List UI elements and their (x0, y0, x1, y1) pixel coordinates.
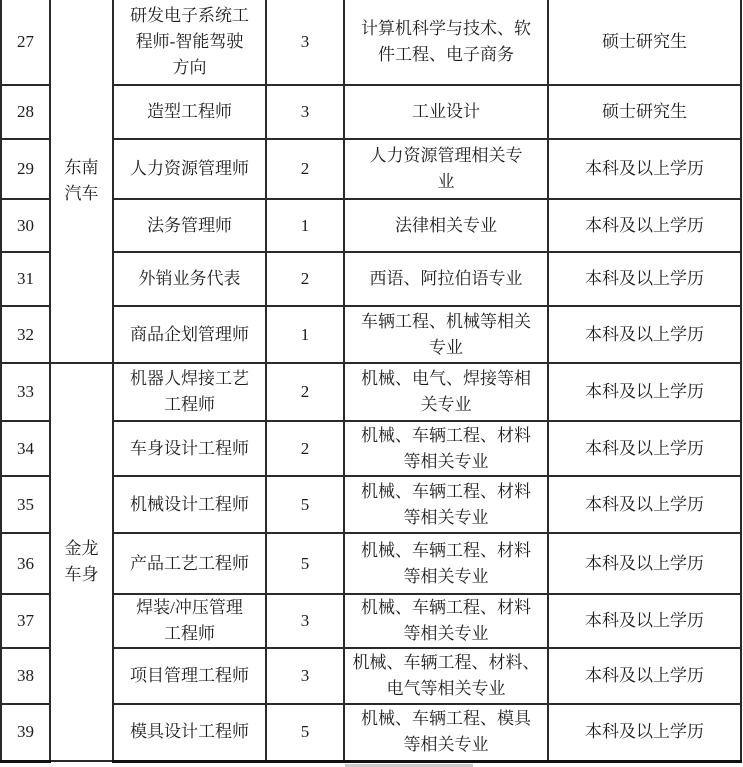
job-listings-table: 27 东南 汽车 研发电子系统工 程师-智能驾驶 方向 3 计算机科学与技术、软… (0, 0, 742, 763)
job-title-cell: 模具设计工程师 (113, 704, 266, 761)
headcount-cell: 3 (266, 594, 344, 648)
headcount-cell: 1 (266, 199, 344, 252)
headcount-cell: 3 (266, 648, 344, 704)
job-title-cell: 机械设计工程师 (113, 476, 266, 533)
company-cell: 东南 汽车 (50, 0, 113, 363)
row-number-cell: 31 (1, 252, 50, 306)
education-cell: 硕士研究生 (548, 0, 741, 85)
row-number-cell: 29 (1, 139, 50, 199)
education-cell: 本科及以上学历 (548, 594, 741, 648)
headcount-cell: 3 (266, 0, 344, 85)
headcount-cell: 2 (266, 252, 344, 306)
headcount-cell: 1 (266, 306, 344, 363)
education-cell: 本科及以上学历 (548, 421, 741, 476)
job-title-cell: 机器人焊接工艺 工程师 (113, 363, 266, 421)
row-number-cell: 35 (1, 476, 50, 533)
row-number-cell: 27 (1, 0, 50, 85)
education-cell: 本科及以上学历 (548, 199, 741, 252)
job-title-cell: 法务管理师 (113, 199, 266, 252)
major-cell: 法律相关专业 (344, 199, 548, 252)
education-cell: 本科及以上学历 (548, 306, 741, 363)
education-cell: 本科及以上学历 (548, 363, 741, 421)
education-cell: 本科及以上学历 (548, 476, 741, 533)
job-title-cell: 焊装/冲压管理 工程师 (113, 594, 266, 648)
major-cell: 工业设计 (344, 85, 548, 139)
major-cell: 人力资源管理相关专 业 (344, 139, 548, 199)
row-number-cell: 39 (1, 704, 50, 761)
major-cell: 机械、车辆工程、材料 等相关专业 (344, 594, 548, 648)
major-cell: 车辆工程、机械等相关 专业 (344, 306, 548, 363)
table-row: 27 东南 汽车 研发电子系统工 程师-智能驾驶 方向 3 计算机科学与技术、软… (1, 0, 741, 85)
job-title-cell: 研发电子系统工 程师-智能驾驶 方向 (113, 0, 266, 85)
job-title-cell: 项目管理工程师 (113, 648, 266, 704)
major-cell: 机械、车辆工程、材料 等相关专业 (344, 533, 548, 594)
headcount-cell: 5 (266, 704, 344, 761)
job-title-cell: 造型工程师 (113, 85, 266, 139)
document-page: 27 东南 汽车 研发电子系统工 程师-智能驾驶 方向 3 计算机科学与技术、软… (0, 0, 743, 767)
major-cell: 机械、车辆工程、模具 等相关专业 (344, 704, 548, 761)
education-cell: 本科及以上学历 (548, 648, 741, 704)
education-cell: 本科及以上学历 (548, 139, 741, 199)
row-number-cell: 30 (1, 199, 50, 252)
row-number-cell: 33 (1, 363, 50, 421)
row-number-cell: 32 (1, 306, 50, 363)
job-title-cell: 产品工艺工程师 (113, 533, 266, 594)
headcount-cell: 5 (266, 533, 344, 594)
row-number-cell: 37 (1, 594, 50, 648)
headcount-cell: 2 (266, 139, 344, 199)
table-row: 33 金龙 车身 机器人焊接工艺 工程师 2 机械、电气、焊接等相 关专业 本科… (1, 363, 741, 421)
major-cell: 机械、车辆工程、材料、 电气等相关专业 (344, 648, 548, 704)
major-cell: 西语、阿拉伯语专业 (344, 252, 548, 306)
headcount-cell: 3 (266, 85, 344, 139)
job-title-cell: 外销业务代表 (113, 252, 266, 306)
job-title-cell: 商品企划管理师 (113, 306, 266, 363)
education-cell: 硕士研究生 (548, 85, 741, 139)
row-number-cell: 34 (1, 421, 50, 476)
education-cell: 本科及以上学历 (548, 533, 741, 594)
job-title-cell: 人力资源管理师 (113, 139, 266, 199)
major-cell: 计算机科学与技术、软 件工程、电子商务 (344, 0, 548, 85)
headcount-cell: 5 (266, 476, 344, 533)
row-number-cell: 28 (1, 85, 50, 139)
headcount-cell: 2 (266, 421, 344, 476)
company-cell: 金龙 车身 (50, 363, 113, 761)
major-cell: 机械、车辆工程、材料 等相关专业 (344, 476, 548, 533)
major-cell: 机械、电气、焊接等相 关专业 (344, 363, 548, 421)
education-cell: 本科及以上学历 (548, 704, 741, 761)
headcount-cell: 2 (266, 363, 344, 421)
major-cell: 机械、车辆工程、材料 等相关专业 (344, 421, 548, 476)
row-number-cell: 36 (1, 533, 50, 594)
education-cell: 本科及以上学历 (548, 252, 741, 306)
job-title-cell: 车身设计工程师 (113, 421, 266, 476)
row-number-cell: 38 (1, 648, 50, 704)
